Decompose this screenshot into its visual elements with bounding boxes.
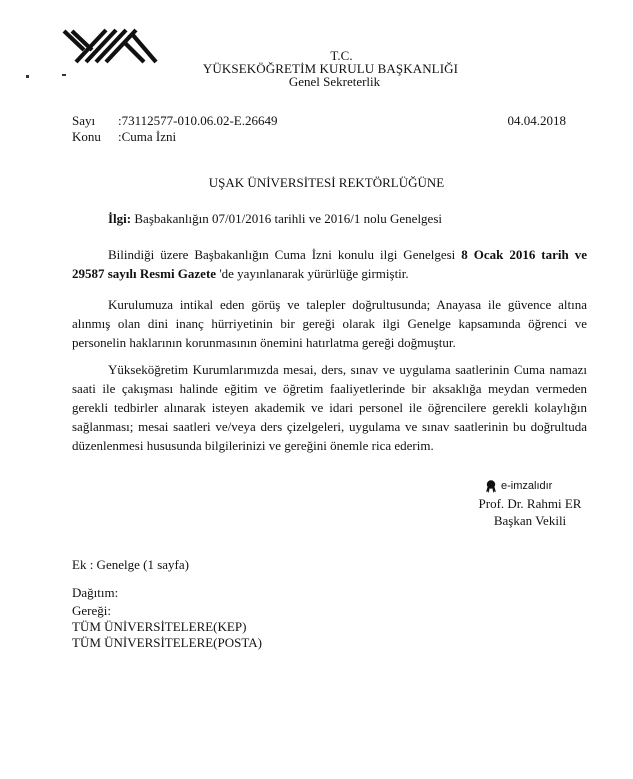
distribution-block: Dağıtım: Gereği: TÜM ÜNİVERSİTELERE(KEP)… bbox=[72, 585, 262, 651]
e-signature-badge: e-imzalıdır bbox=[470, 478, 590, 495]
letterhead: T.C. YÜKSEKÖĞRETİM KURULU BAŞKANLIĞI Gen… bbox=[0, 49, 633, 88]
paragraph-2: Kurulumuza intikal eden görüş ve taleple… bbox=[72, 295, 587, 352]
sayi-value: :73112577-010.06.02-E.26649 bbox=[118, 113, 277, 129]
distribution-item: TÜM ÜNİVERSİTELERE(KEP) bbox=[72, 619, 262, 635]
document-meta: Sayı :73112577-010.06.02-E.26649 Konu :C… bbox=[72, 113, 277, 145]
distribution-subheading: Gereği: bbox=[72, 603, 262, 619]
signatory-title: Başkan Vekili bbox=[470, 512, 590, 529]
distribution-label: Dağıtım: bbox=[72, 585, 262, 601]
distribution-item: TÜM ÜNİVERSİTELERE(POSTA) bbox=[72, 635, 262, 651]
paragraph-3: Yükseköğretim Kurumlarımızda mesai, ders… bbox=[72, 360, 587, 455]
attachment-line: Ek : Genelge (1 sayfa) bbox=[72, 557, 189, 573]
recipient: UŞAK ÜNİVERSİTESİ REKTÖRLÜĞÜNE bbox=[0, 175, 633, 191]
konu-label: Konu bbox=[72, 129, 118, 145]
reference-text: Başbakanlığın 07/01/2016 tarihli ve 2016… bbox=[131, 211, 442, 226]
paragraph-1: Bilindiği üzere Başbakanlığın Cuma İzni … bbox=[72, 245, 587, 283]
reference-line: İlgi: Başbakanlığın 07/01/2016 tarihli v… bbox=[108, 211, 442, 227]
konu-row: Konu :Cuma İzni bbox=[72, 129, 277, 145]
signature-block: e-imzalıdır Prof. Dr. Rahmi ER Başkan Ve… bbox=[470, 478, 590, 529]
document-date: 04.04.2018 bbox=[508, 113, 567, 129]
reference-label: İlgi: bbox=[108, 211, 131, 226]
rosette-icon bbox=[486, 480, 496, 493]
sayi-row: Sayı :73112577-010.06.02-E.26649 bbox=[72, 113, 277, 129]
konu-value: :Cuma İzni bbox=[118, 129, 176, 145]
signatory-name: Prof. Dr. Rahmi ER bbox=[470, 495, 590, 512]
paragraph-1-text-a: Bilindiği üzere Başbakanlığın Cuma İzni … bbox=[108, 247, 461, 262]
sayi-label: Sayı bbox=[72, 113, 118, 129]
e-signature-label: e-imzalıdır bbox=[501, 478, 552, 495]
header-department: Genel Sekreterlik bbox=[0, 75, 633, 88]
paragraph-1-text-b: 'de yayınlanarak yürürlüğe girmiştir. bbox=[216, 266, 409, 281]
